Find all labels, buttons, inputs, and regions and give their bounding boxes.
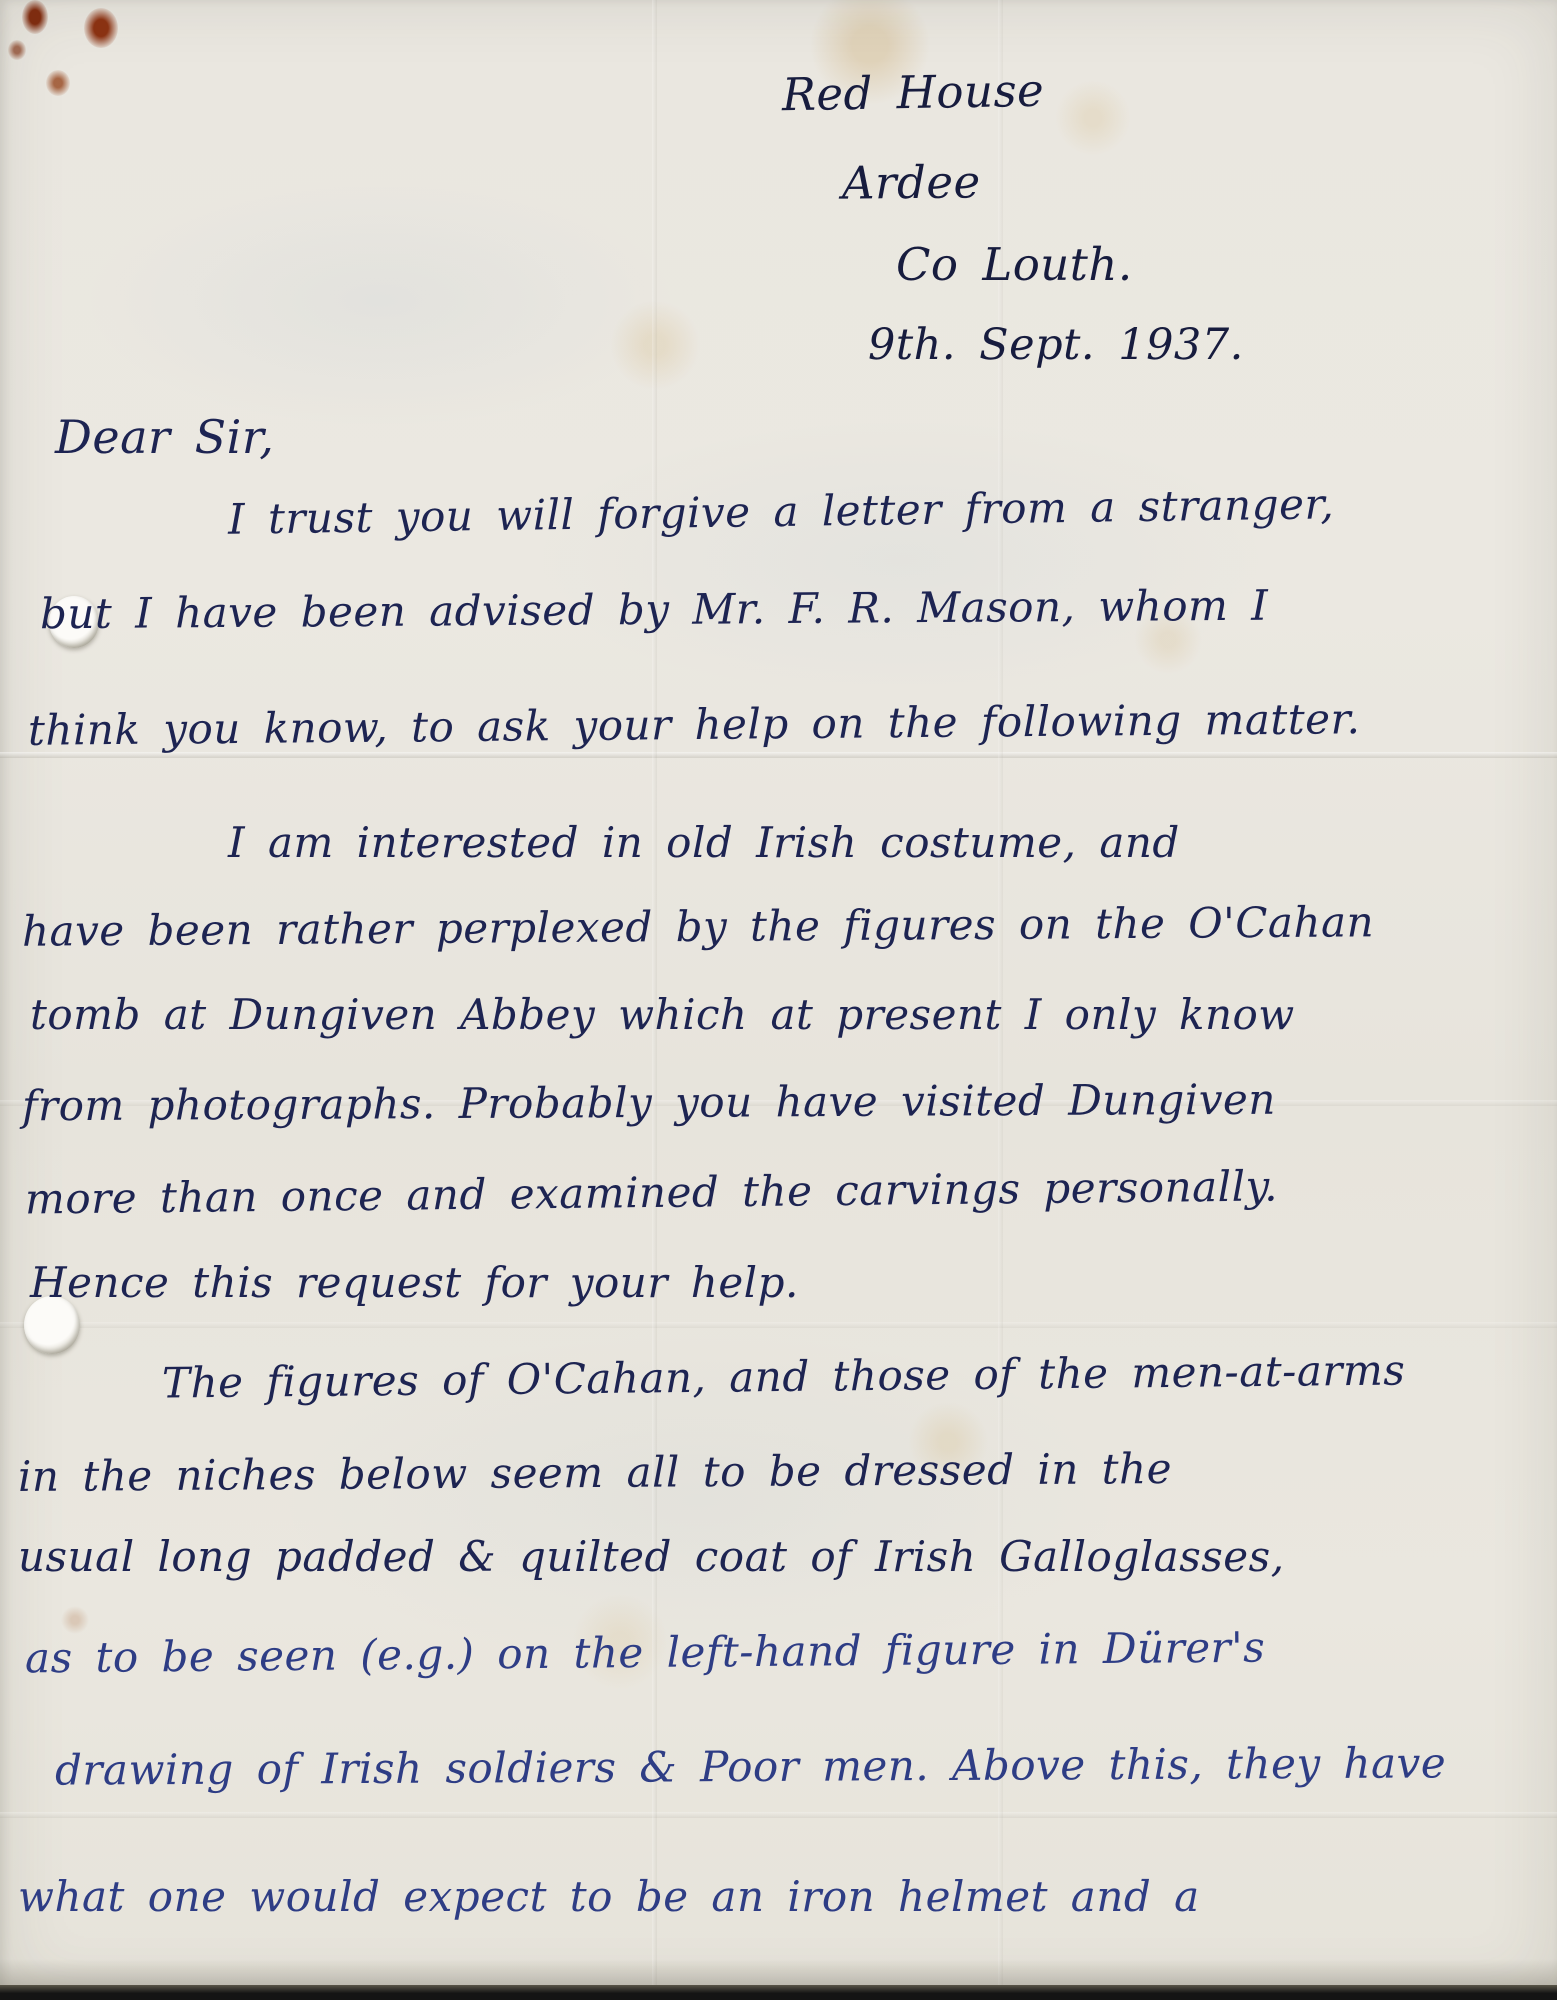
rust-stain [84,8,118,48]
body-line: more than once and examined the carvings… [25,1161,1278,1223]
body-line: think you know, to ask your help on the … [28,694,1361,755]
letterhead-address-line: Co Louth. [896,238,1133,291]
letterhead-address-line: Red House [782,64,1045,122]
body-line: in the niches below seem all to be dress… [18,1444,1172,1501]
body-line: The figures of O'Cahan, and those of the… [162,1345,1406,1407]
body-line: have been rather perplexed by the figure… [22,897,1374,955]
body-line: drawing of Irish soldiers & Poor men. Ab… [55,1738,1446,1794]
letter-page: Red House Ardee Co Louth. 9th. Sept. 193… [0,0,1557,2000]
body-line: I trust you will forgive a letter from a… [228,479,1335,543]
body-line: usual long padded & quilted coat of Iris… [18,1532,1285,1581]
body-line: what one would expect to be an iron helm… [18,1872,1200,1921]
salutation: Dear Sir, [55,410,274,464]
letter-date: 9th. Sept. 1937. [868,320,1244,370]
letterhead-address-line: Ardee [842,155,981,209]
body-line: Hence this request for your help. [30,1258,799,1307]
rust-stain [8,40,26,60]
scan-edge [0,1985,1557,2000]
rust-stain [22,0,48,34]
body-line: tomb at Dungiven Abbey which at present … [30,990,1295,1039]
rust-stain [46,70,70,96]
body-line: as to be seen (e.g.) on the left-hand fi… [25,1623,1266,1683]
fold-crease [0,1322,1557,1328]
body-line: I am interested in old Irish costume, an… [228,818,1180,867]
body-line: but I have been advised by Mr. F. R. Mas… [40,581,1269,639]
body-line: from photographs. Probably you have visi… [22,1075,1276,1131]
fold-crease [0,1812,1557,1818]
scan-edge-shadow [0,1959,1557,1985]
